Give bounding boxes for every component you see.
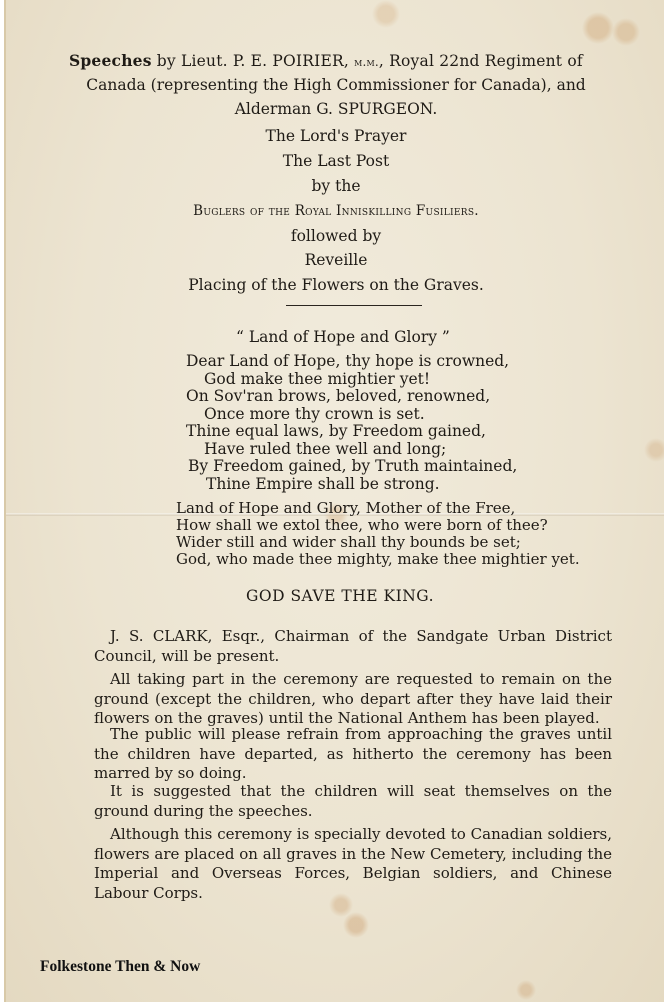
honour-mm: m.m. [354,55,379,69]
notice-text: Although this ceremony is specially devo… [94,825,612,903]
chorus-line: Land of Hope and Glory, Mother of the Fr… [176,499,515,517]
item-reveille: Reveille [4,251,664,269]
verse-line: Dear Land of Hope, thy hope is crowned, [186,352,509,370]
regiment-text: , Royal 22nd Regiment of [379,52,583,70]
speeches-line-1: Speeches by Lieut. P. E. POIRIER, m.m., … [69,51,583,70]
notice-text: It is suggested that the children will s… [94,782,612,821]
item-placing-flowers: Placing of the Flowers on the Graves. [4,276,664,294]
section-divider [286,305,422,306]
notice-all-graves: Although this ceremony is specially devo… [94,825,612,903]
verse-line: Thine equal laws, by Freedom gained, [186,422,486,440]
watermark-folkestone-then-now: Folkestone Then & Now [40,958,200,976]
notice-text: The public will please refrain from appr… [94,725,612,784]
item-lords-prayer: The Lord's Prayer [4,127,664,145]
verse-line: By Freedom gained, by Truth maintained, [188,457,517,475]
verse-line: Have ruled thee well and long; [204,440,446,458]
anthem-heading: GOD SAVE THE KING. [246,587,434,605]
speaker-poirier: by Lieut. P. E. POIRIER, [152,52,354,70]
speeches-label: Speeches [69,51,152,70]
notice-text: J. S. CLARK, Esqr., Chairman of the Sand… [94,627,612,666]
chorus-line: God, who made thee mighty, make thee mig… [176,550,580,568]
verse-line: Thine Empire shall be strong. [206,475,440,493]
verse-line: Once more thy crown is set. [204,405,425,423]
item-last-post: The Last Post [4,152,664,170]
notice-remain: All taking part in the ceremony are requ… [94,670,612,729]
hymn-title: “ Land of Hope and Glory ” [236,328,450,346]
chorus-line: How shall we extol thee, who were born o… [176,516,548,534]
chorus-line: Wider still and wider shall thy bounds b… [176,533,521,551]
verse-line: On Sov'ran brows, beloved, renowned, [186,387,490,405]
speeches-line-2: Canada (representing the High Commission… [4,76,664,94]
verse-line: God make thee mightier yet! [204,370,430,388]
notice-children-seat: It is suggested that the children will s… [94,782,612,821]
item-by-the: by the [4,177,664,195]
notice-chairman: J. S. CLARK, Esqr., Chairman of the Sand… [94,627,612,666]
item-buglers: Buglers of the Royal Inniskilling Fusili… [4,203,664,219]
notice-public: The public will please refrain from appr… [94,725,612,784]
notice-text: All taking part in the ceremony are requ… [94,670,612,729]
item-followed-by: followed by [4,227,664,245]
speeches-line-3: Alderman G. SPURGEON. [4,100,664,118]
programme-sheet: Speeches by Lieut. P. E. POIRIER, m.m., … [4,0,664,1002]
